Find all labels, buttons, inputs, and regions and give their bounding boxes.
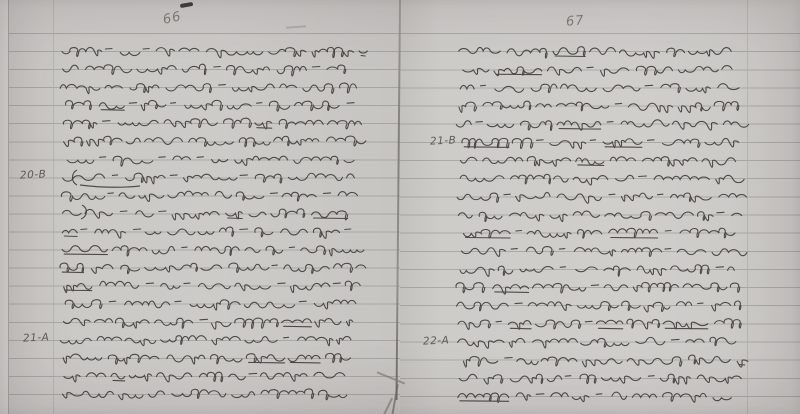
handwritten-line [458,211,741,222]
page-number: 67 [565,13,585,30]
handwritten-line [64,318,353,329]
handwritten-line [60,263,366,274]
handwritten-line [63,64,346,76]
handwriting-layer [400,0,800,414]
margin-mark: 21-A [23,331,50,344]
handwritten-line [62,389,346,400]
right-margin-line [747,0,748,414]
ruled-lines [0,33,400,408]
handwritten-line [63,173,355,184]
left-page-edge [0,0,9,414]
handwritten-line [461,247,747,257]
handwritten-line [461,157,736,168]
handwritten-line [64,372,345,382]
handwritten-line [62,227,351,238]
handwritten-line [459,47,731,59]
right-page: 67 21-B 22-A வாநின்ன வந்ததா - கவ - யிஷேத… [400,0,800,414]
handwritten-line [462,138,739,149]
margin-mark: 20-B [20,168,47,181]
handwritten-line [459,374,741,384]
handwriting-layer [0,0,400,414]
handwritten-line [464,228,736,238]
transcript-layer: அய காவத்தையும் - ஆக் கிடைவத்தையும் - தாங… [0,0,400,414]
handwritten-line [62,47,367,57]
handwritten-line [66,100,355,111]
handwritten-line [460,174,744,185]
handwritten-line [65,300,356,310]
handwritten-line [63,209,348,220]
handwritten-line [458,392,732,402]
handwritten-line [460,265,734,277]
handwritten-line [60,336,351,346]
handwritten-line [456,283,740,295]
handwritten-line [459,101,739,112]
annotation-paren-open [73,170,78,185]
margin-mark: 22-A [423,334,450,347]
annotation-underline [80,185,140,187]
transcript-layer: வாநின்ன வந்ததா - கவ - யிஷேத்தாலே வதவே வத… [400,0,800,414]
handwritten-line [63,353,350,364]
ruled-lines [400,33,800,408]
handwritten-line [457,192,746,203]
margin-mark: 21-B [430,134,457,147]
handwritten-line [63,118,361,129]
handwritten-line [460,84,739,93]
notebook-scan: 66 20-B 21-A அய காவத்தையும் - ஆக் கிடைவத… [0,0,800,414]
handwritten-line [60,83,356,94]
handwritten-line [458,337,736,348]
handwritten-line [463,66,732,77]
handwritten-line [457,301,741,312]
handwritten-line [456,120,748,131]
handwritten-line [62,246,364,256]
handwritten-line [64,136,366,147]
handwritten-line [67,156,354,166]
page-number: 66 [162,9,183,28]
annotation-paren-close [81,205,86,219]
left-page: 66 20-B 21-A அய காவத்தையும் - ஆக் கிடைவத… [0,0,400,414]
handwritten-line [464,355,748,367]
left-margin-line [53,0,54,414]
handwritten-line [64,281,360,292]
handwritten-line [61,191,357,201]
handwritten-line [458,319,741,330]
